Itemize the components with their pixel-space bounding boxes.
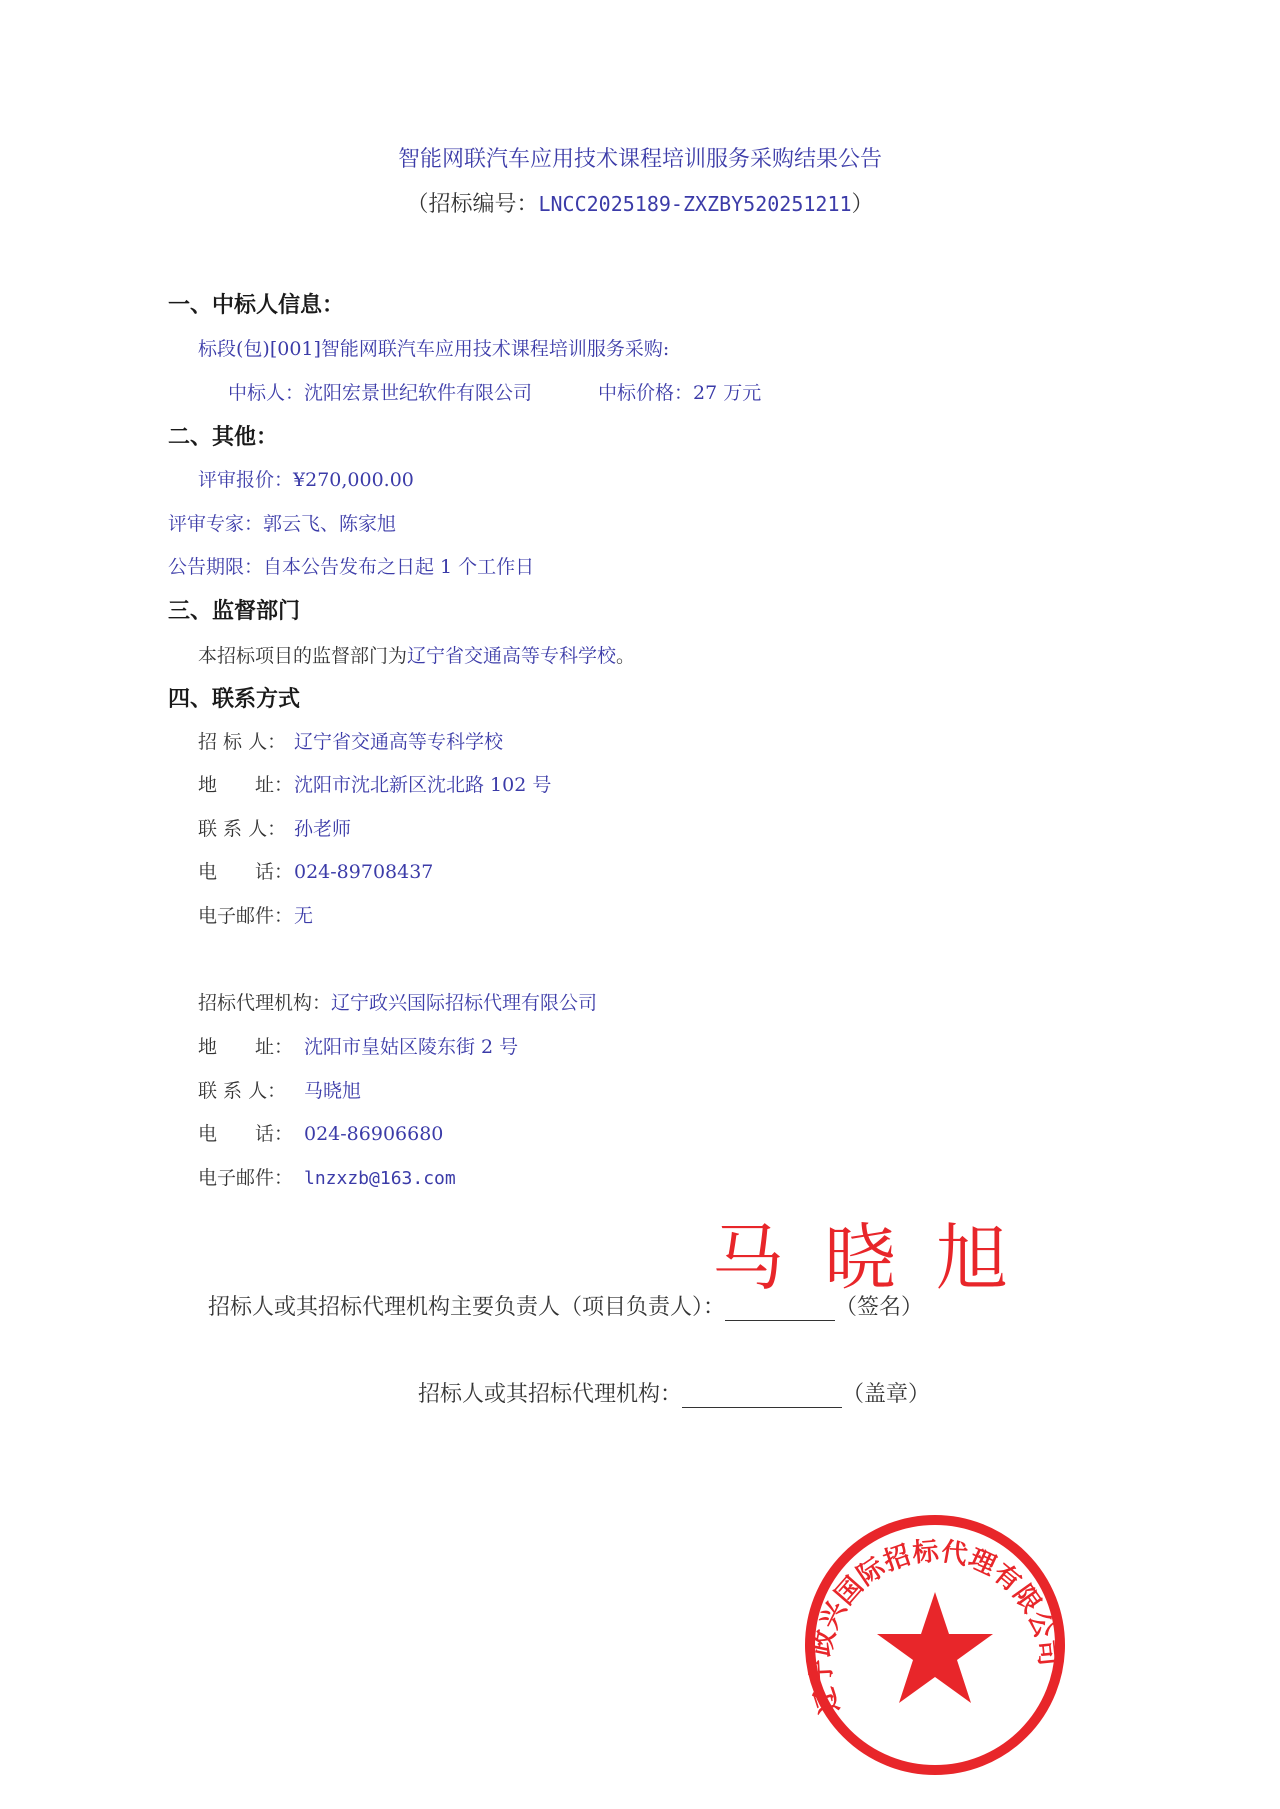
field-value: lnzxzb@163.com: [304, 1168, 456, 1189]
lot-name: 标段(包)[001]智能网联汽车应用技术课程培训服务采购:: [198, 334, 669, 361]
bid-number-line: （招标编号：LNCC2025189-ZXZBY520251211）: [0, 187, 1280, 218]
field-value: 辽宁省交通高等专科学校: [294, 731, 503, 753]
section2-heading: 二、其他：: [168, 420, 278, 451]
review-price-line: 评审报价：¥270,000.00: [198, 465, 414, 492]
supervision-suffix: 。: [616, 645, 635, 667]
experts-label: 评审专家：: [168, 513, 263, 535]
field-value: 沈阳市皇姑区陵东街 2 号: [304, 1036, 518, 1058]
bid-number-close: ）: [852, 192, 874, 217]
tenderer-phone-row: 电 话：024-89708437: [198, 857, 433, 884]
signature-label: 招标人或其招标代理机构主要负责人（项目负责人）：: [208, 1295, 725, 1320]
agency-contact-row: 联 系 人：马晓旭: [198, 1076, 361, 1103]
field-label: 招 标 人：: [198, 727, 294, 754]
seal-label: 招标人或其招标代理机构：: [418, 1382, 682, 1407]
tenderer-email-row: 电子邮件：无: [198, 901, 313, 928]
field-value: 马晓旭: [304, 1080, 361, 1102]
signature-blank: [725, 1298, 835, 1321]
review-price-label: 评审报价：: [198, 469, 293, 491]
field-label: 地 址：: [198, 1032, 304, 1059]
signature-line-responsible: 招标人或其招标代理机构主要负责人（项目负责人）：（签名）: [208, 1290, 923, 1321]
field-value: 孙老师: [294, 818, 351, 840]
supervision-prefix: 本招标项目的监督部门为: [198, 645, 407, 667]
winner-label: 中标人：: [228, 382, 304, 404]
document-title: 智能网联汽车应用技术课程培训服务采购结果公告: [0, 142, 1280, 173]
field-label: 联 系 人：: [198, 1076, 304, 1103]
section4-heading: 四、联系方式: [168, 682, 300, 713]
field-label: 电子邮件：: [198, 1163, 304, 1190]
supervision-line: 本招标项目的监督部门为辽宁省交通高等专科学校。: [198, 641, 635, 668]
price-label: 中标价格：: [598, 382, 693, 404]
signature-suffix: （签名）: [835, 1295, 923, 1320]
tenderer-contact-row: 联 系 人：孙老师: [198, 814, 351, 841]
signature-line-agency: 招标人或其招标代理机构：（盖章）: [418, 1377, 930, 1408]
field-label: 电子邮件：: [198, 901, 294, 928]
experts-line: 评审专家：郭云飞、陈家旭: [168, 509, 396, 536]
tenderer-name-row: 招 标 人：辽宁省交通高等专科学校: [198, 727, 503, 754]
winner-line: 中标人：沈阳宏景世纪软件有限公司: [228, 378, 532, 405]
tenderer-address-row: 地 址：沈阳市沈北新区沈北路 102 号: [198, 770, 551, 797]
winner-name: 沈阳宏景世纪软件有限公司: [304, 382, 532, 404]
field-value: 无: [294, 905, 313, 927]
winning-price: 27 万元: [693, 382, 761, 404]
field-label: 招标代理机构：: [198, 992, 331, 1014]
agency-name-row: 招标代理机构：辽宁政兴国际招标代理有限公司: [198, 988, 597, 1015]
period-line: 公告期限：自本公告发布之日起 1 个工作日: [168, 552, 534, 579]
seal-blank: [682, 1385, 842, 1408]
field-label: 联 系 人：: [198, 814, 294, 841]
section3-heading: 三、监督部门: [168, 594, 300, 625]
period-label: 公告期限：: [168, 556, 263, 578]
field-label: 电 话：: [198, 1119, 304, 1146]
agency-phone-row: 电 话：024-86906680: [198, 1119, 443, 1146]
bid-number-label: （招标编号：: [406, 192, 538, 217]
bid-number: LNCC2025189-ZXZBY520251211: [538, 192, 851, 216]
field-label: 地 址：: [198, 770, 294, 797]
handwritten-signature: 马晓旭: [712, 1200, 1048, 1304]
section1-heading: 一、中标人信息：: [168, 288, 344, 319]
price-line: 中标价格：27 万元: [598, 378, 761, 405]
seal-suffix: （盖章）: [842, 1382, 930, 1407]
review-price: ¥270,000.00: [293, 469, 414, 491]
company-seal-icon: 辽宁政兴国际招标代理有限公司: [800, 1510, 1070, 1780]
field-value: 辽宁政兴国际招标代理有限公司: [331, 992, 597, 1014]
agency-email-row: 电子邮件：lnzxzb@163.com: [198, 1163, 456, 1190]
experts: 郭云飞、陈家旭: [263, 513, 396, 535]
supervision-department: 辽宁省交通高等专科学校: [407, 645, 616, 667]
field-label: 电 话：: [198, 857, 294, 884]
period: 自本公告发布之日起 1 个工作日: [263, 556, 534, 578]
field-value: 沈阳市沈北新区沈北路 102 号: [294, 774, 551, 796]
field-value: 024-86906680: [304, 1123, 443, 1145]
field-value: 024-89708437: [294, 861, 433, 883]
agency-address-row: 地 址：沈阳市皇姑区陵东街 2 号: [198, 1032, 518, 1059]
